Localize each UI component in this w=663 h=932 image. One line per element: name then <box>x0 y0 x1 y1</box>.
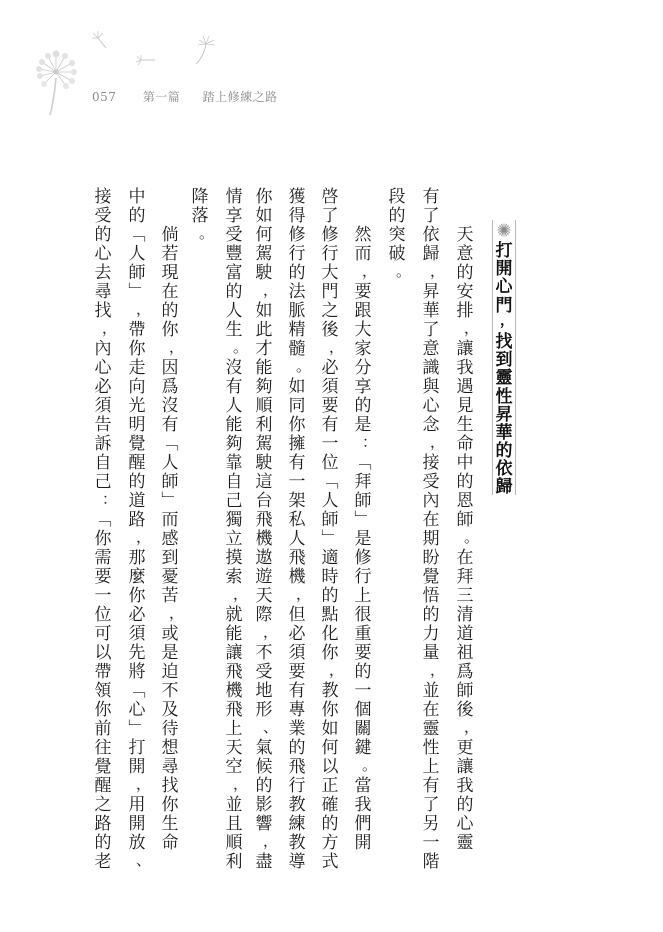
text-column: 倘若現在的你，因爲沒有﹁人師﹂而感到憂苦，或是迫不及待想尋找你生命 <box>160 226 180 853</box>
text-column: 降落。 <box>190 188 210 245</box>
page-number: 057 <box>92 90 116 104</box>
section-title-box: 打開心門，找到靈性昇華的依歸 <box>492 220 516 495</box>
text-column: 然而，要跟大家分享的是：﹁拜師﹂是修行上很重要的一個關鍵。當我們開 <box>353 226 373 853</box>
dandelion-illustration-icon <box>28 20 268 130</box>
text-column: 接受的心去尋找，內心必須告訴自己：﹁你需要一位可以帶領你前往覺醒之路的老 <box>93 188 113 872</box>
text-column: 啓了修行大門之後，必須要有一位﹁人師﹂適時的點化你，教你如何以正確的方式 <box>320 188 340 872</box>
text-column: 有了依歸，昇華了意識與心念，接受內在期盼覺悟的力量，並在靈性上有了另一階 <box>421 188 441 872</box>
running-head: 057 第一篇 踏上修練之路 <box>92 88 278 105</box>
text-column: 你如何駕駛，如此才能夠順利駕駛這台飛機遨遊天際，不受地形、氣候的影響，盡 <box>254 188 274 872</box>
book-page: 057 第一篇 踏上修練之路 打開心門，找到靈性昇華的依歸 天意的安排，讓我遇見… <box>0 0 663 932</box>
text-column: 中的﹁人師﹂，帶你走向光明覺醒的道路，那麼你必須先將﹁心﹂打開，用開放、 <box>127 188 147 872</box>
text-column: 情享受豐富的人生。沒有人能夠靠自己獨立摸索，就能讓飛機飛上天空，並且順利 <box>224 188 244 872</box>
text-column: 天意的安排，讓我遇見生命中的恩師。在拜三清道祖爲師後，更讓我的心靈 <box>455 226 475 853</box>
part-title: 第一篇 <box>143 88 181 105</box>
sun-burst-icon <box>497 223 511 237</box>
text-column: 獲得修行的法脈精髓。如同你擁有一架私人飛機，但必須要有專業的飛行教練教導 <box>287 188 307 872</box>
section-title: 打開心門，找到靈性昇華的依歸 <box>494 242 514 497</box>
text-column: 段的突破。 <box>387 188 407 283</box>
chapter-title: 踏上修練之路 <box>203 88 278 105</box>
